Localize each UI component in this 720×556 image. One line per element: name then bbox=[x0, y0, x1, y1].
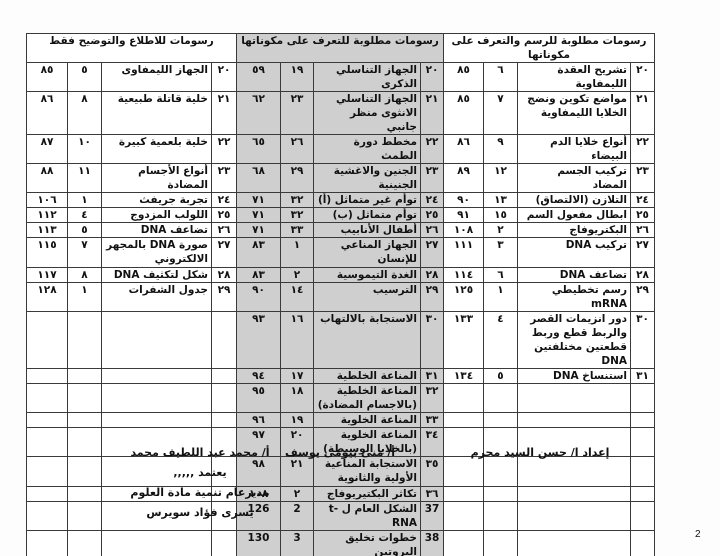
g3-title-cell: تركيب DNA bbox=[518, 238, 631, 268]
prepared-by: إعداد ا/ حسن السيد محرم bbox=[440, 446, 640, 459]
g1-count-cell: ١٠ bbox=[68, 135, 102, 164]
g3-idx-cell bbox=[631, 413, 655, 428]
table-row: ١١٣٥تضاعف DNA٢٦٧١٣٣أطفال الأنابيب٢٦١٠٨٢ا… bbox=[27, 223, 655, 238]
g2-title-cell: تكاثر البكتيريوفاج bbox=[314, 487, 421, 502]
g2-page-cell: ٨٣ bbox=[237, 238, 281, 268]
g2-idx-cell: ٣٢ bbox=[421, 384, 444, 413]
g3-title-cell bbox=[518, 531, 631, 556]
document-page: رسومات للاطلاع والتوضيح فقط رسومات مطلوب… bbox=[0, 0, 720, 556]
table-row: ٩٤١٧المناعة الخلطية٣١١٣٤٥استنساخ DNA٣١ bbox=[27, 369, 655, 384]
g2-title-cell: توأم غير متماثل (أ) bbox=[314, 193, 421, 208]
page-number: 2 bbox=[695, 529, 701, 540]
g1-page-cell: ٨٥ bbox=[27, 63, 68, 92]
g3-idx-cell: ٣٠ bbox=[631, 312, 655, 369]
drawings-table: رسومات للاطلاع والتوضيح فقط رسومات مطلوب… bbox=[26, 33, 655, 556]
g2-idx-cell: ٢٩ bbox=[421, 283, 444, 312]
g1-page-cell bbox=[27, 502, 68, 531]
group-header-row: رسومات للاطلاع والتوضيح فقط رسومات مطلوب… bbox=[27, 34, 655, 63]
g3-page-cell: ٨٥ bbox=[444, 92, 484, 135]
table-row: ١١٢٤اللولب المزدوج٢٥٧١٣٢توأم متماثل (ب)٢… bbox=[27, 208, 655, 223]
g2-count-cell: ١٨ bbox=[281, 384, 314, 413]
g3-idx-cell: ٢٨ bbox=[631, 268, 655, 283]
g3-title-cell bbox=[518, 384, 631, 413]
g3-title-cell bbox=[518, 487, 631, 502]
g3-count-cell bbox=[484, 457, 518, 487]
g2-title-cell: المناعة الخلطية (بالاجسام المضادة) bbox=[314, 384, 421, 413]
g2-idx-cell: ٢٣ bbox=[421, 164, 444, 193]
g1-title-cell: تضاعف DNA bbox=[102, 223, 212, 238]
g1-count-cell: ٥ bbox=[68, 223, 102, 238]
g2-title-cell: توأم متماثل (ب) bbox=[314, 208, 421, 223]
g3-idx-cell: ٢١ bbox=[631, 92, 655, 135]
g3-count-cell: ٦ bbox=[484, 268, 518, 283]
author-2: أ/ منى بيومى يوسف bbox=[270, 446, 410, 459]
g3-count-cell bbox=[484, 384, 518, 413]
g1-count-cell: ٨ bbox=[68, 92, 102, 135]
g2-idx-cell: ٣٠ bbox=[421, 312, 444, 369]
g3-count-cell: ١٣ bbox=[484, 193, 518, 208]
g3-title-cell: تضاعف DNA bbox=[518, 268, 631, 283]
g2-count-cell: ٣٢ bbox=[281, 208, 314, 223]
g2-count-cell: ٢ bbox=[281, 487, 314, 502]
table-row: ٩٣١٦الاستجابة بالالتهاب٣٠١٣٣٤دور انزيمات… bbox=[27, 312, 655, 369]
g1-title-cell bbox=[102, 413, 212, 428]
g1-count-cell bbox=[68, 487, 102, 502]
g1-count-cell bbox=[68, 312, 102, 369]
g3-title-cell bbox=[518, 457, 631, 487]
g3-page-cell bbox=[444, 487, 484, 502]
g2-title-cell: المناعة الخلوية bbox=[314, 413, 421, 428]
g1-title-cell bbox=[102, 531, 212, 556]
table-row: ٨٦٨خلية قاتلة طبيعية٢١٦٢٢٣الجهاز التناسل… bbox=[27, 92, 655, 135]
g2-count-cell: 3 bbox=[281, 531, 314, 556]
g2-count-cell: ١٦ bbox=[281, 312, 314, 369]
g2-page-cell: ٩٦ bbox=[237, 413, 281, 428]
g1-page-cell: ٨٨ bbox=[27, 164, 68, 193]
g2-count-cell: 2 bbox=[281, 502, 314, 531]
g3-title-cell: التلازن (الالتصاق) bbox=[518, 193, 631, 208]
g1-page-cell bbox=[27, 531, 68, 556]
g2-count-cell: ١٤ bbox=[281, 283, 314, 312]
g2-page-cell: ٩٥ bbox=[237, 384, 281, 413]
g2-title-cell: خطوات تخليق البروتين bbox=[314, 531, 421, 556]
g2-title-cell: الاستجابة بالالتهاب bbox=[314, 312, 421, 369]
g3-idx-cell: ٣١ bbox=[631, 369, 655, 384]
table-row: ٨٨١١أنواع الأجسام المضادة٢٣٦٨٢٩الجنين وا… bbox=[27, 164, 655, 193]
g3-idx-cell: ٢٩ bbox=[631, 283, 655, 312]
g3-page-cell: ١١٤ bbox=[444, 268, 484, 283]
g3-idx-cell: ٢٥ bbox=[631, 208, 655, 223]
g1-idx-cell: ٢٥ bbox=[212, 208, 237, 223]
g1-count-cell bbox=[68, 384, 102, 413]
table-row: ١٠٦١تجربة جريفث٢٤٧١٣٢توأم غير متماثل (أ)… bbox=[27, 193, 655, 208]
g3-title-cell: مواضع تكوين ونضج الخلايا الليمفاوية bbox=[518, 92, 631, 135]
table-row: ١٢٨١جدول الشفرات٢٩٩٠١٤الترسيب٢٩١٢٥١رسم ت… bbox=[27, 283, 655, 312]
g1-title-cell: تجربة جريفث bbox=[102, 193, 212, 208]
g1-page-cell: ٨٧ bbox=[27, 135, 68, 164]
g1-page-cell: ١١٣ bbox=[27, 223, 68, 238]
g2-page-cell: ٦٢ bbox=[237, 92, 281, 135]
g3-count-cell: ٧ bbox=[484, 92, 518, 135]
g3-idx-cell bbox=[631, 502, 655, 531]
g3-idx-cell bbox=[631, 487, 655, 502]
g1-page-cell bbox=[27, 384, 68, 413]
g1-idx-cell: ٢١ bbox=[212, 92, 237, 135]
g3-title-cell: البكتريوفاج bbox=[518, 223, 631, 238]
g2-count-cell: ٢٣ bbox=[281, 92, 314, 135]
g1-idx-cell: ٢٣ bbox=[212, 164, 237, 193]
g2-page-cell: ٦٥ bbox=[237, 135, 281, 164]
g2-title-cell: الجنين والاغشية الجنينية bbox=[314, 164, 421, 193]
g1-count-cell bbox=[68, 502, 102, 531]
g1-count-cell: ٤ bbox=[68, 208, 102, 223]
g1-idx-cell: ٢٢ bbox=[212, 135, 237, 164]
group2-header: رسومات مطلوبة للتعرف على مكوناتها bbox=[237, 34, 444, 63]
g2-title-cell: الجهاز المناعي للإنسان bbox=[314, 238, 421, 268]
g2-title-cell: أطفال الأنابيب bbox=[314, 223, 421, 238]
g3-page-cell: ١٣٤ bbox=[444, 369, 484, 384]
g1-title-cell: أنواع الأجسام المضادة bbox=[102, 164, 212, 193]
g2-count-cell: ١٩ bbox=[281, 413, 314, 428]
g1-title-cell: الجهاز الليمفاوى bbox=[102, 63, 212, 92]
g2-idx-cell: ٣٥ bbox=[421, 457, 444, 487]
g3-count-cell: ٦ bbox=[484, 63, 518, 92]
g3-page-cell: ١٠٨ bbox=[444, 223, 484, 238]
g2-page-cell: ٩٠ bbox=[237, 283, 281, 312]
g2-page-cell: ٥٩ bbox=[237, 63, 281, 92]
g2-page-cell: ٨٣ bbox=[237, 268, 281, 283]
g3-count-cell bbox=[484, 487, 518, 502]
g3-title-cell: استنساخ DNA bbox=[518, 369, 631, 384]
g1-page-cell bbox=[27, 413, 68, 428]
g2-page-cell: ٧١ bbox=[237, 223, 281, 238]
g1-count-cell bbox=[68, 369, 102, 384]
g1-title-cell: جدول الشفرات bbox=[102, 283, 212, 312]
g2-count-cell: ٢١ bbox=[281, 457, 314, 487]
g1-title-cell: اللولب المزدوج bbox=[102, 208, 212, 223]
g2-page-cell: ٧١ bbox=[237, 208, 281, 223]
g1-count-cell bbox=[68, 413, 102, 428]
g2-idx-cell: ٣٦ bbox=[421, 487, 444, 502]
g1-page-cell bbox=[27, 312, 68, 369]
g3-count-cell: ١٥ bbox=[484, 208, 518, 223]
g2-count-cell: ٢٦ bbox=[281, 135, 314, 164]
director-title: مديرعام تنمية مادة العلوم bbox=[120, 486, 280, 499]
g2-idx-cell: ٢٢ bbox=[421, 135, 444, 164]
g1-idx-cell bbox=[212, 413, 237, 428]
g1-idx-cell: ٢٤ bbox=[212, 193, 237, 208]
g3-idx-cell bbox=[631, 457, 655, 487]
g3-idx-cell: ٢٢ bbox=[631, 135, 655, 164]
g3-title-cell: ابطال مفعول السم bbox=[518, 208, 631, 223]
g2-page-cell: ٩٤ bbox=[237, 369, 281, 384]
g2-title-cell: الجهاز التناسلي الانثوى منظر جانبي bbox=[314, 92, 421, 135]
g3-title-cell: رسم تخطيطي mRNA bbox=[518, 283, 631, 312]
g3-page-cell bbox=[444, 384, 484, 413]
table-row: ٨٥٥الجهاز الليمفاوى٢٠٥٩١٩الجهاز التناسلي… bbox=[27, 63, 655, 92]
g1-count-cell bbox=[68, 428, 102, 457]
g3-count-cell: ٣ bbox=[484, 238, 518, 268]
g3-title-cell bbox=[518, 413, 631, 428]
g1-idx-cell bbox=[212, 312, 237, 369]
g2-page-cell: ٦٨ bbox=[237, 164, 281, 193]
g1-title-cell: خلية قاتلة طبيعية bbox=[102, 92, 212, 135]
g3-page-cell: ٨٦ bbox=[444, 135, 484, 164]
g3-idx-cell: ٢٧ bbox=[631, 238, 655, 268]
g3-title-cell: تركيب الجسم المضاد bbox=[518, 164, 631, 193]
g2-idx-cell: 38 bbox=[421, 531, 444, 556]
g3-idx-cell bbox=[631, 384, 655, 413]
g3-page-cell: ٩٠ bbox=[444, 193, 484, 208]
table-row: ٩٥١٨المناعة الخلطية (بالاجسام المضادة)٣٢ bbox=[27, 384, 655, 413]
g1-count-cell: ٨ bbox=[68, 268, 102, 283]
table-row: ١١٥٧صورة DNA بالمجهر الالكتروني٢٧٨٣١الجه… bbox=[27, 238, 655, 268]
g3-page-cell bbox=[444, 457, 484, 487]
g3-count-cell: ٢ bbox=[484, 223, 518, 238]
g3-page-cell: ٨٥ bbox=[444, 63, 484, 92]
g2-idx-cell: ٢٦ bbox=[421, 223, 444, 238]
g1-page-cell bbox=[27, 487, 68, 502]
g2-title-cell: الشكل العام ل t-RNA bbox=[314, 502, 421, 531]
g2-idx-cell: 37 bbox=[421, 502, 444, 531]
g3-page-cell: ٩١ bbox=[444, 208, 484, 223]
g1-idx-cell: ٢٦ bbox=[212, 223, 237, 238]
g3-idx-cell: ٢٦ bbox=[631, 223, 655, 238]
group1-header: رسومات للاطلاع والتوضيح فقط bbox=[27, 34, 237, 63]
g1-page-cell: ١٠٦ bbox=[27, 193, 68, 208]
g1-idx-cell: ٢٨ bbox=[212, 268, 237, 283]
g3-idx-cell: ٢٤ bbox=[631, 193, 655, 208]
g3-count-cell bbox=[484, 413, 518, 428]
g3-count-cell bbox=[484, 502, 518, 531]
g1-idx-cell bbox=[212, 531, 237, 556]
g1-count-cell: ١ bbox=[68, 283, 102, 312]
g1-count-cell bbox=[68, 531, 102, 556]
g2-page-cell: ٩٣ bbox=[237, 312, 281, 369]
g2-idx-cell: ٢٠ bbox=[421, 63, 444, 92]
g1-count-cell: ٧ bbox=[68, 238, 102, 268]
table-row: ٩٦١٩المناعة الخلوية٣٣ bbox=[27, 413, 655, 428]
group3-header: رسومات مطلوبة للرسم والتعرف على مكوناتها bbox=[444, 34, 655, 63]
g1-page-cell: ١٢٨ bbox=[27, 283, 68, 312]
g3-count-cell: ٩ bbox=[484, 135, 518, 164]
g1-page-cell: ٨٦ bbox=[27, 92, 68, 135]
g1-page-cell bbox=[27, 457, 68, 487]
g3-count-cell: ٤ bbox=[484, 312, 518, 369]
g2-idx-cell: ٢٧ bbox=[421, 238, 444, 268]
g2-count-cell: ٢ bbox=[281, 268, 314, 283]
g1-page-cell: ١١٧ bbox=[27, 268, 68, 283]
g2-idx-cell: ٣٣ bbox=[421, 413, 444, 428]
g2-idx-cell: ٣١ bbox=[421, 369, 444, 384]
g1-idx-cell: ٢٠ bbox=[212, 63, 237, 92]
g3-count-cell: ١ bbox=[484, 283, 518, 312]
table-row: ١١٧٨شكل لتكثيف DNA٢٨٨٣٢الغدة التيموسية٢٨… bbox=[27, 268, 655, 283]
g2-count-cell: ٣٢ bbox=[281, 193, 314, 208]
g3-page-cell: ١١١ bbox=[444, 238, 484, 268]
g3-count-cell: ١٢ bbox=[484, 164, 518, 193]
g3-title-cell: دور انزيمات القصر والربط قطع وربط قطعتين… bbox=[518, 312, 631, 369]
g2-page-cell: ٧١ bbox=[237, 193, 281, 208]
g2-title-cell: مخطط دورة الطمث bbox=[314, 135, 421, 164]
g3-page-cell bbox=[444, 413, 484, 428]
g1-count-cell: ٥ bbox=[68, 63, 102, 92]
g3-title-cell: تشريح العقدة الليمفاوية bbox=[518, 63, 631, 92]
table-row: 1262الشكل العام ل t-RNA37 bbox=[27, 502, 655, 531]
g1-page-cell bbox=[27, 369, 68, 384]
g1-page-cell: ١١٢ bbox=[27, 208, 68, 223]
g1-idx-cell: ٢٧ bbox=[212, 238, 237, 268]
g3-page-cell: ١٢٥ bbox=[444, 283, 484, 312]
g3-idx-cell: ٢٣ bbox=[631, 164, 655, 193]
approval-label: يعتمد ,,,,, bbox=[140, 466, 260, 479]
g3-page-cell: ١٣٣ bbox=[444, 312, 484, 369]
g3-idx-cell bbox=[631, 531, 655, 556]
g2-count-cell: ١ bbox=[281, 238, 314, 268]
g3-idx-cell: ٢٠ bbox=[631, 63, 655, 92]
director-name: يسرى فؤاد سويرس bbox=[130, 506, 270, 519]
g2-idx-cell: ٢٤ bbox=[421, 193, 444, 208]
g3-page-cell: ٨٩ bbox=[444, 164, 484, 193]
g1-count-cell: ١١ bbox=[68, 164, 102, 193]
g2-title-cell: الغدة التيموسية bbox=[314, 268, 421, 283]
g1-title-cell bbox=[102, 384, 212, 413]
g3-title-cell: أنواع خلايا الدم البيضاء bbox=[518, 135, 631, 164]
g3-count-cell: ٥ bbox=[484, 369, 518, 384]
g3-page-cell bbox=[444, 502, 484, 531]
g2-title-cell: الجهاز التناسلي الذكرى bbox=[314, 63, 421, 92]
g1-title-cell: صورة DNA بالمجهر الالكتروني bbox=[102, 238, 212, 268]
g2-title-cell: الترسيب bbox=[314, 283, 421, 312]
g1-page-cell bbox=[27, 428, 68, 457]
g1-count-cell: ١ bbox=[68, 193, 102, 208]
g1-idx-cell bbox=[212, 369, 237, 384]
g3-title-cell bbox=[518, 502, 631, 531]
g2-page-cell: 130 bbox=[237, 531, 281, 556]
g2-count-cell: ٣٣ bbox=[281, 223, 314, 238]
g1-title-cell: شكل لتكثيف DNA bbox=[102, 268, 212, 283]
g1-title-cell: خلية بلعمية كبيرة bbox=[102, 135, 212, 164]
table-row: ٨٧١٠خلية بلعمية كبيرة٢٢٦٥٢٦مخطط دورة الط… bbox=[27, 135, 655, 164]
g1-page-cell: ١١٥ bbox=[27, 238, 68, 268]
g3-page-cell bbox=[444, 531, 484, 556]
g2-idx-cell: ٢٨ bbox=[421, 268, 444, 283]
g2-idx-cell: ٢١ bbox=[421, 92, 444, 135]
g3-count-cell bbox=[484, 531, 518, 556]
table-row: ٩٨٢١الاستجابة المناعية الأولية والثانوية… bbox=[27, 457, 655, 487]
g2-title-cell: المناعة الخلطية bbox=[314, 369, 421, 384]
g1-title-cell bbox=[102, 312, 212, 369]
g2-count-cell: ١٧ bbox=[281, 369, 314, 384]
g1-idx-cell bbox=[212, 384, 237, 413]
g2-count-cell: ٢٩ bbox=[281, 164, 314, 193]
author-3: أ/ محمد عبد اللطيف محمد bbox=[130, 446, 270, 459]
g1-title-cell bbox=[102, 369, 212, 384]
g1-idx-cell: ٢٩ bbox=[212, 283, 237, 312]
g1-count-cell bbox=[68, 457, 102, 487]
table-row: 1303خطوات تخليق البروتين38 bbox=[27, 531, 655, 556]
g2-title-cell: الاستجابة المناعية الأولية والثانوية bbox=[314, 457, 421, 487]
g2-count-cell: ١٩ bbox=[281, 63, 314, 92]
g2-idx-cell: ٢٥ bbox=[421, 208, 444, 223]
